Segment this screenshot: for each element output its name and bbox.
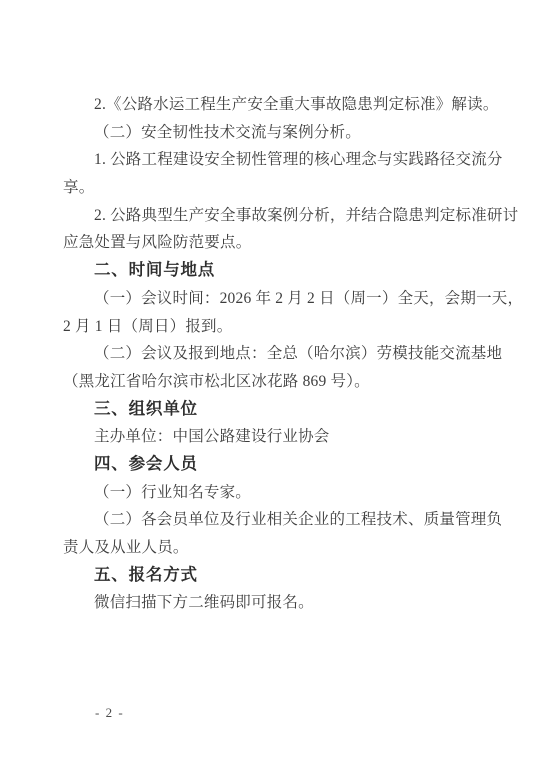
- section-heading-participants: 四、参会人员: [63, 451, 489, 479]
- page-number: - 2 -: [95, 704, 124, 722]
- body-line-exchange-item-2: 2. 公路典型生产安全事故案例分析，并结合隐患判定标准研讨: [63, 202, 489, 230]
- body-line-exchange-item-2-cont: 应急处置与风险防范要点。: [63, 229, 489, 257]
- body-line-agenda-item-2: 2.《公路水运工程生产安全重大事故隐患判定标准》解读。: [63, 91, 489, 119]
- body-line-organizer: 主办单位：中国公路建设行业协会: [63, 423, 489, 451]
- document-body: 2.《公路水运工程生产安全重大事故隐患判定标准》解读。 （二）安全韧性技术交流与…: [63, 91, 489, 617]
- body-line-meeting-location: （二）会议及报到地点：全总（哈尔滨）劳模技能交流基地: [63, 340, 489, 368]
- body-line-exchange-item-1-cont: 享。: [63, 174, 489, 202]
- body-line-participants-2-cont: 责人及从业人员。: [63, 534, 489, 562]
- document-page: 2.《公路水运工程生产安全重大事故隐患判定标准》解读。 （二）安全韧性技术交流与…: [0, 0, 550, 777]
- body-line-meeting-time: （一）会议时间：2026 年 2 月 2 日（周一）全天，会期一天，: [63, 285, 489, 313]
- body-line-participants-2: （二）各会员单位及行业相关企业的工程技术、质量管理负: [63, 506, 489, 534]
- section-heading-time-location: 二、时间与地点: [63, 257, 489, 285]
- body-line-participants-1: （一）行业知名专家。: [63, 479, 489, 507]
- body-line-exchange-item-1: 1. 公路工程建设安全韧性管理的核心理念与实践路径交流分: [63, 146, 489, 174]
- section-heading-registration: 五、报名方式: [63, 562, 489, 590]
- body-line-subsection-2-title: （二）安全韧性技术交流与案例分析。: [63, 119, 489, 147]
- body-line-meeting-time-cont: 2 月 1 日（周日）报到。: [63, 313, 489, 341]
- body-line-registration-method: 微信扫描下方二维码即可报名。: [63, 589, 489, 617]
- body-line-meeting-location-cont: （黑龙江省哈尔滨市松北区冰花路 869 号）。: [63, 368, 489, 396]
- section-heading-organizer: 三、组织单位: [63, 396, 489, 424]
